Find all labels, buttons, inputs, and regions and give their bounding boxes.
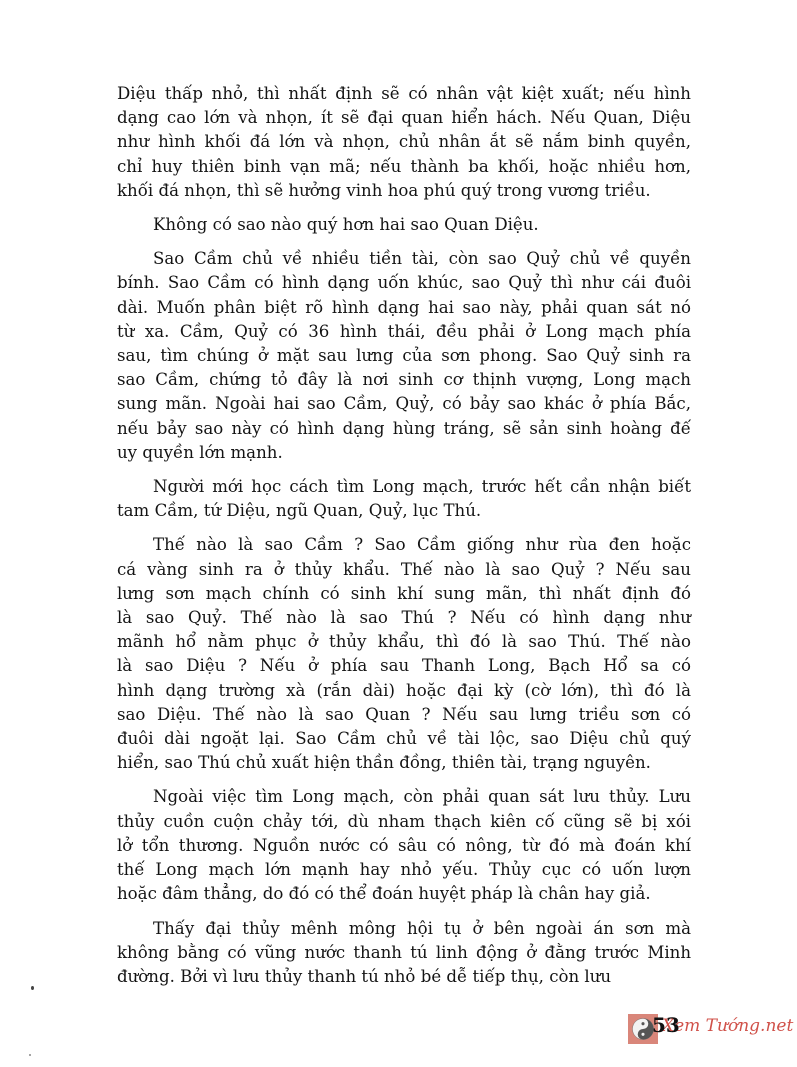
scan-speck xyxy=(29,1054,31,1056)
text-line: dạng cao lớn và nhọn, ít sẽ đại quan hiể… xyxy=(117,106,691,130)
text-line: là sao Quỷ. Thế nào là sao Thú ? Nếu có … xyxy=(117,606,691,630)
text-line: thế Long mạch lớn mạnh hay nhỏ yếu. Thủy… xyxy=(117,858,691,882)
text-line: bính. Sao Cầm có hình dạng uốn khúc, sao… xyxy=(117,271,691,295)
paragraph: Không có sao nào quý hơn hai sao Quan Di… xyxy=(117,213,691,237)
text-line: dài. Muốn phân biệt rõ hình dạng hai sao… xyxy=(117,296,691,320)
text-line: hình dạng trường xà (rắn dài) hoặc đại k… xyxy=(117,679,691,703)
text-line: Không có sao nào quý hơn hai sao Quan Di… xyxy=(117,213,691,237)
text-line: Sao Cầm chủ về nhiều tiền tài, còn sao Q… xyxy=(117,247,691,271)
paragraph: Người mới học cách tìm Long mạch, trước … xyxy=(117,475,691,523)
text-line: từ xa. Cầm, Quỷ có 36 hình thái, đều phả… xyxy=(117,320,691,344)
watermark-text: Xem Tướng.net xyxy=(662,1016,793,1036)
page-number: 53 xyxy=(652,1013,680,1037)
text-line: đường. Bởi vì lưu thủy thanh tú nhỏ bé d… xyxy=(117,965,691,989)
text-line: Người mới học cách tìm Long mạch, trước … xyxy=(117,475,691,499)
text-line: cá vàng sinh ra ở thủy khẩu. Thế nào là … xyxy=(117,558,691,582)
paragraph: Sao Cầm chủ về nhiều tiền tài, còn sao Q… xyxy=(117,247,691,465)
text-line: khối đá nhọn, thì sẽ hưởng vinh hoa phú … xyxy=(117,179,691,203)
paragraph: Thế nào là sao Cầm ? Sao Cầm giống như r… xyxy=(117,533,691,775)
text-line: Ngoài việc tìm Long mạch, còn phải quan … xyxy=(117,785,691,809)
text-line: thủy cuồn cuộn chảy tới, dù nham thạch k… xyxy=(117,810,691,834)
text-line: sau, tìm chúng ở mặt sau lưng của sơn ph… xyxy=(117,344,691,368)
text-line: sao Cầm, chứng tỏ đây là nơi sinh cơ thị… xyxy=(117,368,691,392)
text-line: đuôi dài ngoặt lại. Sao Cầm chủ về tài l… xyxy=(117,727,691,751)
text-line: Thế nào là sao Cầm ? Sao Cầm giống như r… xyxy=(117,533,691,557)
text-line: hiển, sao Thú chủ xuất hiện thần đồng, t… xyxy=(117,751,691,775)
text-line: sao Diệu. Thế nào là sao Quan ? Nếu sau … xyxy=(117,703,691,727)
text-line: uy quyền lớn mạnh. xyxy=(117,441,691,465)
paragraph: Thấy đại thủy mênh mông hội tụ ở bên ngo… xyxy=(117,917,691,990)
paragraph: Diệu thấp nhỏ, thì nhất định sẽ có nhân … xyxy=(117,82,691,203)
text-line: không bằng có vũng nước thanh tú linh độ… xyxy=(117,941,691,965)
text-line: như hình khối đá lớn và nhọn, chủ nhân ắ… xyxy=(117,130,691,154)
text-line: sung mãn. Ngoài hai sao Cầm, Quỷ, có bảy… xyxy=(117,392,691,416)
text-line: Thấy đại thủy mênh mông hội tụ ở bên ngo… xyxy=(117,917,691,941)
text-line: là sao Diệu ? Nếu ở phía sau Thanh Long,… xyxy=(117,654,691,678)
text-line: hoặc đâm thẳng, do đó có thể đoán huyệt … xyxy=(117,882,691,906)
text-line: tam Cầm, tứ Diệu, ngũ Quan, Quỷ, lục Thú… xyxy=(117,499,691,523)
scan-speck xyxy=(31,986,34,990)
text-line: nếu bảy sao này có hình dạng hùng tráng,… xyxy=(117,417,691,441)
document-page: Diệu thấp nhỏ, thì nhất định sẽ có nhân … xyxy=(117,82,691,999)
text-line: Diệu thấp nhỏ, thì nhất định sẽ có nhân … xyxy=(117,82,691,106)
text-line: lưng sơn mạch chính có sinh khí sung mãn… xyxy=(117,582,691,606)
text-line: lở tổn thương. Nguồn nước có sâu có nông… xyxy=(117,834,691,858)
paragraph: Ngoài việc tìm Long mạch, còn phải quan … xyxy=(117,785,691,906)
text-line: mãnh hổ nằm phục ở thủy khẩu, thì đó là … xyxy=(117,630,691,654)
yin-yang-icon xyxy=(632,1018,654,1040)
text-line: chỉ huy thiên binh vạn mã; nếu thành ba … xyxy=(117,155,691,179)
